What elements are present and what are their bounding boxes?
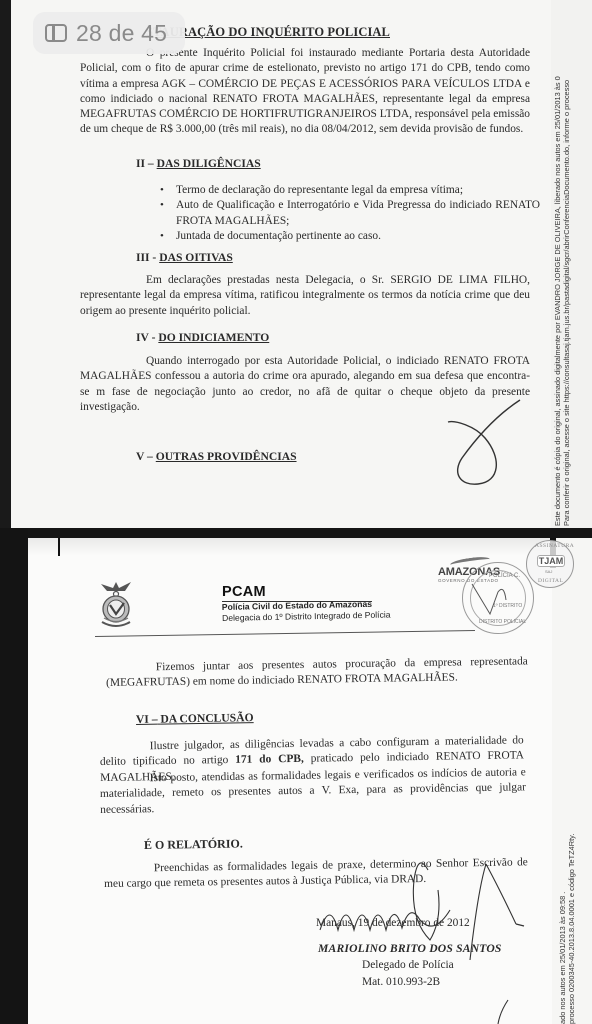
- auth-note-line: Este documento é cópia do original, assi…: [553, 0, 562, 526]
- signature-place-date: Manaus, 19 de dezembro de 2012: [316, 917, 470, 929]
- section-number: IV -: [136, 331, 155, 344]
- police-stamp: POLÍCIA C. 1º DISTRITO DISTRITO POLICIAL: [462, 562, 534, 634]
- stamp-top-text: POLÍCIA C.: [489, 573, 520, 579]
- section-title: DO INDICIAMENTO: [158, 331, 269, 344]
- list-item: Juntada de documentação pertinente ao ca…: [160, 229, 540, 244]
- seal-center-text: TJAM: [537, 555, 565, 567]
- closing-text: Preenchidas as formalidades legais de pr…: [104, 856, 528, 890]
- indiciamento-paragraph: Quando interrogado por esta Autoridade P…: [80, 354, 530, 415]
- section-title: OUTRAS PROVIDÊNCIAS: [156, 450, 297, 463]
- page-gutter-left: [0, 0, 11, 528]
- section-title: DAS OITIVAS: [159, 251, 233, 264]
- stamp-bottom-text: DISTRITO POLICIAL: [479, 619, 526, 625]
- signatory-registration: Mat. 010.993-2B: [362, 976, 440, 988]
- intro-paragraph-text: O presente Inquérito Policial foi instau…: [80, 47, 530, 135]
- section-heading-oitivas: III - DAS OITIVAS: [136, 251, 233, 264]
- page-1-authentication-note: Este documento é cópia do original, assi…: [553, 0, 571, 526]
- signatory-name: MARIOLINO BRITO DOS SANTOS: [318, 942, 502, 955]
- section-heading-conclusao: VI – DA CONCLUSÃO: [136, 711, 254, 726]
- relatorio-heading: É O RELATÓRIO.: [144, 836, 243, 853]
- page-counter: 28 de 45: [76, 20, 167, 47]
- section-number: III -: [136, 251, 156, 264]
- section-title: DAS DILIGÊNCIAS: [157, 157, 261, 170]
- indiciamento-text: Quando interrogado por esta Autoridade P…: [80, 355, 530, 413]
- list-item: Auto de Qualificação e Interrogatório e …: [160, 198, 540, 229]
- letterhead-line-2: Delegacia do 1º Distrito Integrado de Po…: [222, 609, 391, 624]
- section-heading-indiciamento: IV - DO INDICIAMENTO: [136, 331, 269, 344]
- page-2-authentication-note: ado nos autos em 25/01/2013 às 09:58 . p…: [558, 700, 576, 1024]
- conclusao-bold-text: 171 do CPB,: [235, 753, 304, 766]
- signatory-role: Delegado de Polícia: [362, 959, 454, 971]
- amazonas-coat-of-arms-icon: [95, 578, 137, 630]
- tjam-digital-signature-seal: ASSINATURA TJAM SAJ DIGITAL: [526, 540, 574, 588]
- list-item: Termo de declaração do representante leg…: [160, 183, 540, 198]
- diligencias-list: Termo de declaração do representante leg…: [160, 183, 540, 244]
- auth-note-line: ado nos autos em 25/01/2013 às 09:58 .: [558, 700, 567, 1024]
- auth-note-line: Para conferir o original, acesse o site …: [562, 0, 571, 526]
- seal-bottom-text: DIGITAL: [538, 578, 563, 584]
- procuracao-text: Fizemos juntar aos presentes autos procu…: [106, 655, 528, 689]
- section-heading-diligencias: II – DAS DILIGÊNCIAS: [136, 157, 261, 170]
- letterhead-acronym: PCAM: [222, 584, 390, 600]
- section-number: VI –: [136, 713, 158, 726]
- section-number: II –: [136, 157, 154, 170]
- stamp-middle-text: 1º DISTRITO: [493, 603, 522, 609]
- oitivas-text: Em declarações prestadas nesta Delegacia…: [80, 274, 530, 317]
- section-title: DA CONCLUSÃO: [160, 711, 253, 725]
- page-indicator[interactable]: 28 de 45: [33, 12, 185, 54]
- section-number: V –: [136, 450, 153, 463]
- section-heading-outras-providencias: V – OUTRAS PROVIDÊNCIAS: [136, 450, 297, 463]
- conclusao-text: Isto posto, atendidas as formalidades le…: [100, 766, 526, 815]
- conclusao-paragraph-2: Isto posto, atendidas as formalidades le…: [100, 765, 527, 818]
- seal-top-text: ASSINATURA: [535, 543, 574, 549]
- auth-note-line: processo 0200345-40.2013.8.04.0001 e cód…: [567, 700, 576, 1024]
- sidebar-thumbnails-icon[interactable]: [45, 24, 67, 42]
- intro-paragraph: O presente Inquérito Policial foi instau…: [80, 46, 530, 138]
- letterhead-lines: Polícia Civil do Estado do Amazonas Dele…: [222, 598, 391, 624]
- seal-sub-text: SAJ: [545, 569, 552, 574]
- page-2-shadow: [28, 538, 552, 556]
- letterhead: PCAM Polícia Civil do Estado do Amazonas…: [222, 584, 390, 624]
- scan-mark: [58, 538, 60, 556]
- page-gutter-left: [0, 528, 28, 1024]
- oitivas-paragraph: Em declarações prestadas nesta Delegacia…: [80, 273, 530, 319]
